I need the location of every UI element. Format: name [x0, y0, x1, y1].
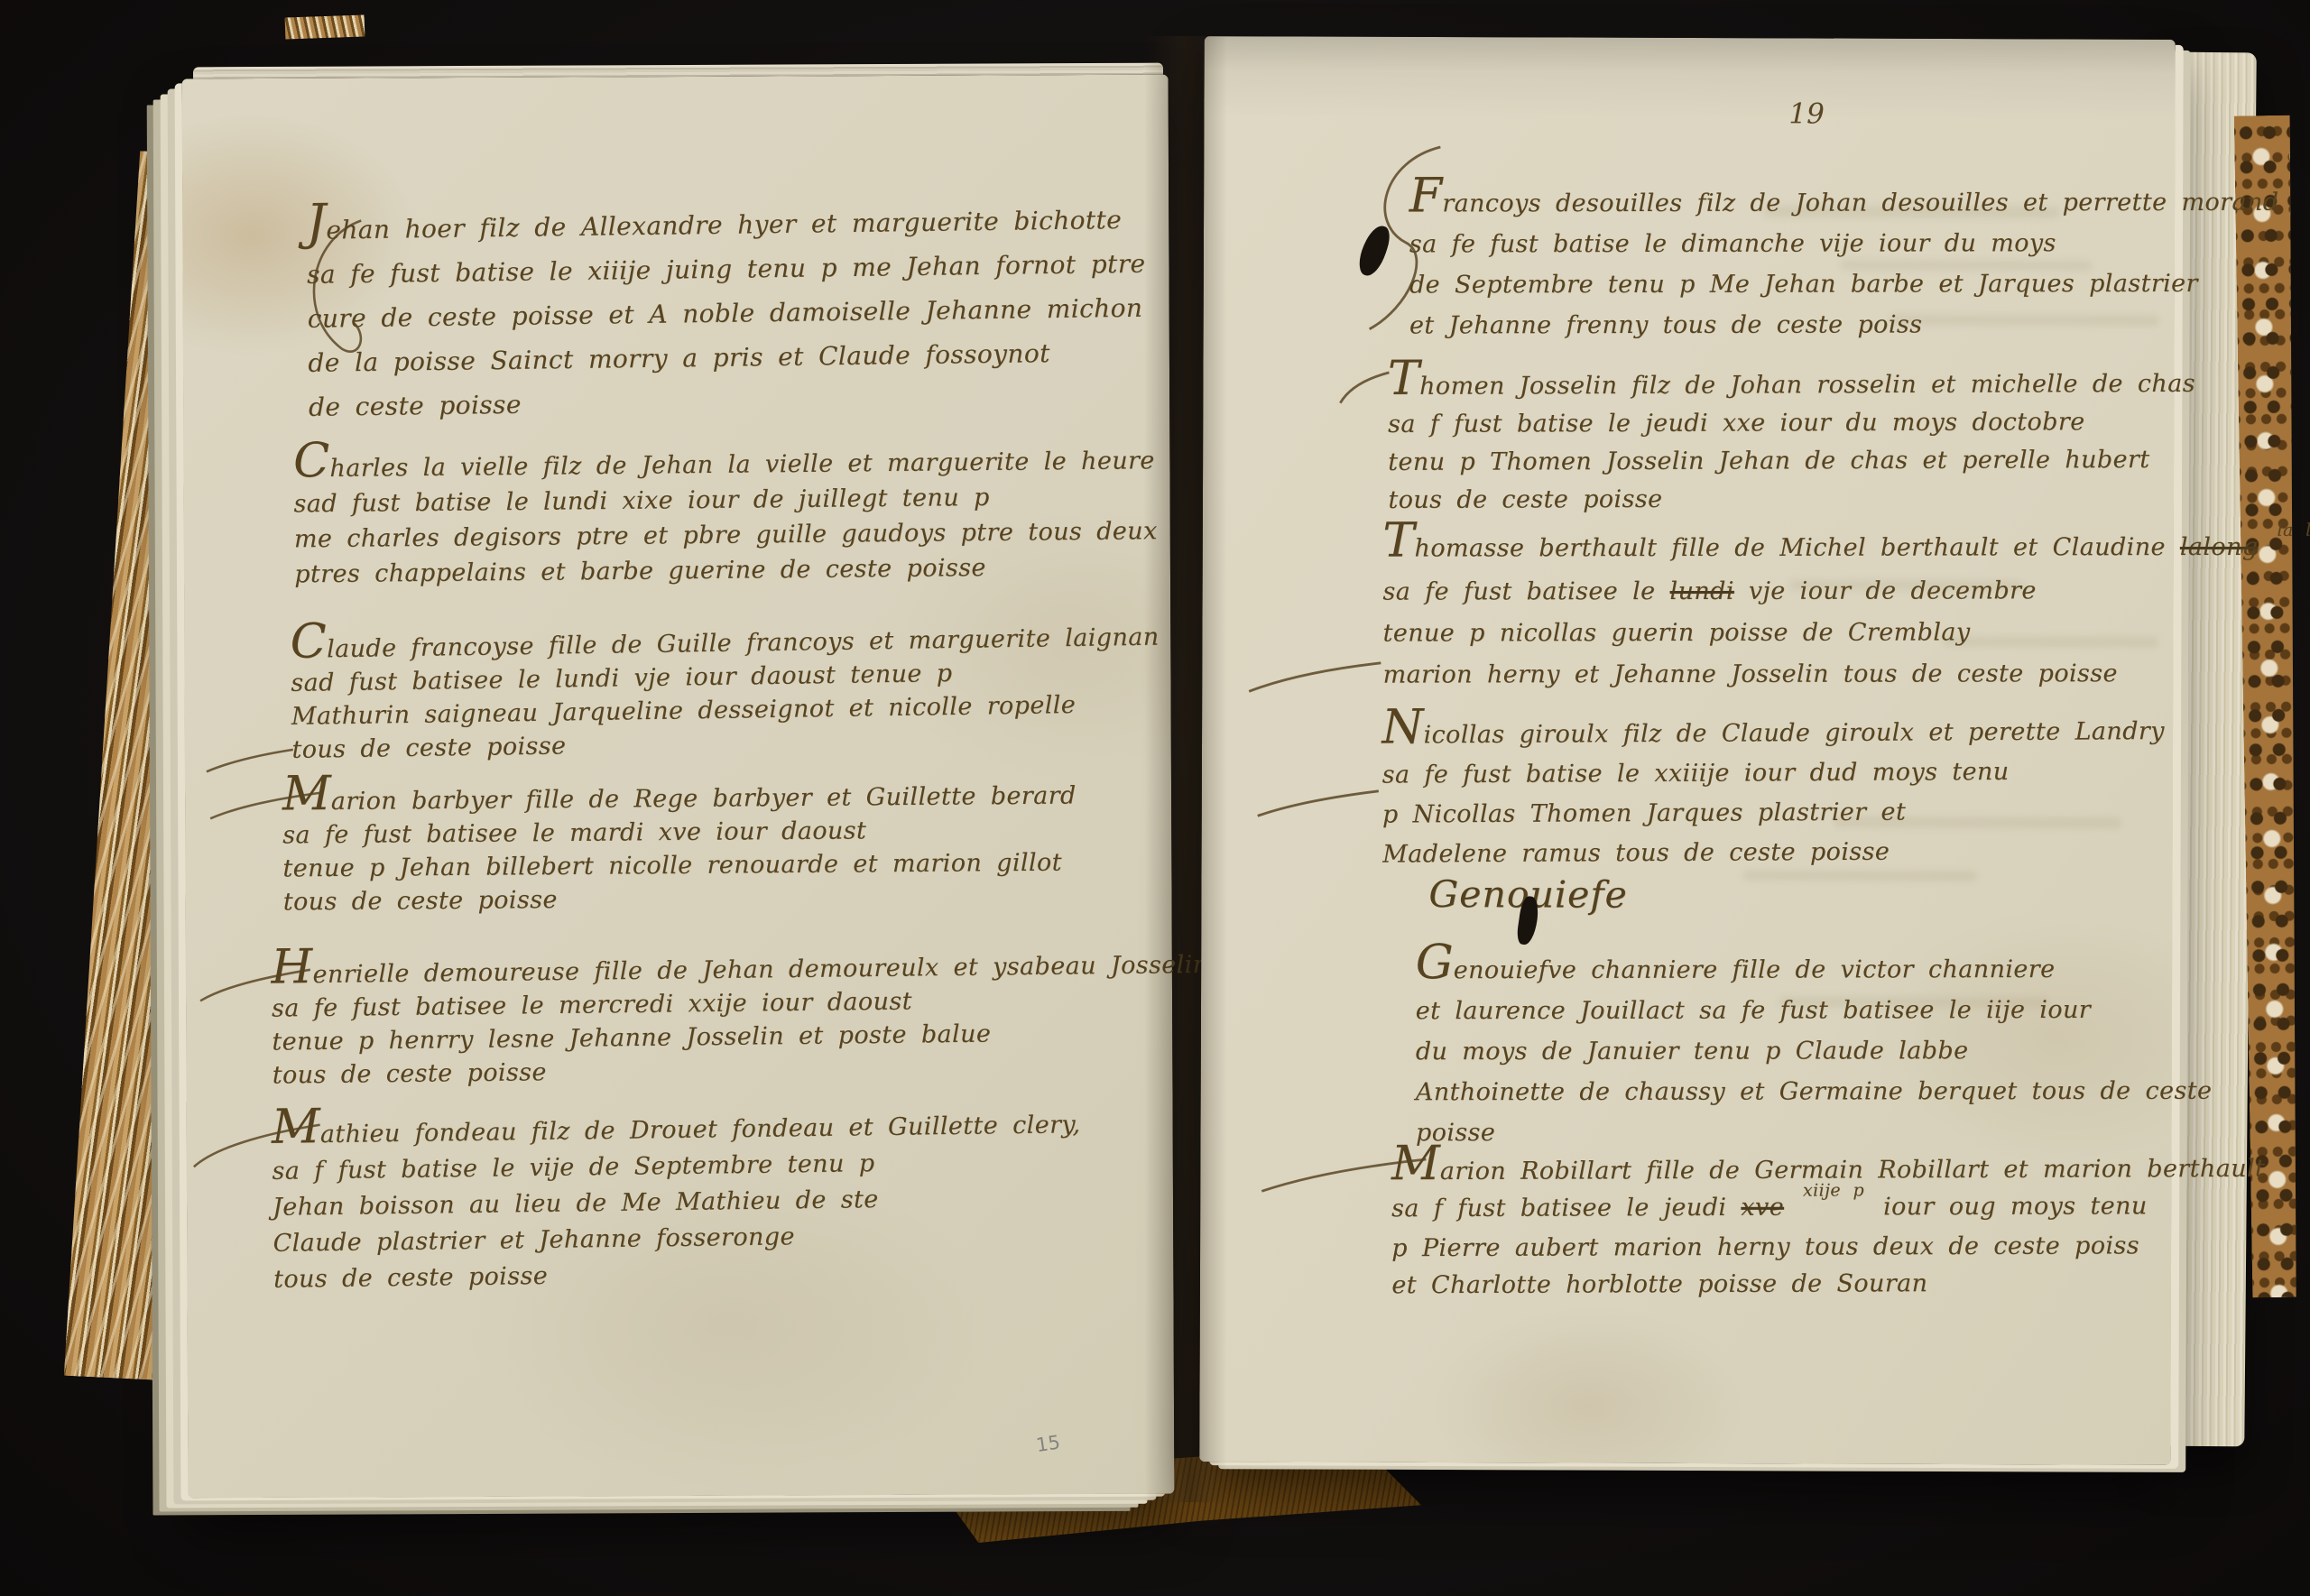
photographed-manuscript-spread: Jehan hoer filz de Allexandre hyer et ma… — [0, 0, 2310, 1596]
baptism-entry: Henrielle demoureuse fille de Jehan demo… — [271, 945, 1210, 1093]
baptism-entry: Thomen Josselin filz de Johan rosselin e… — [1388, 364, 2196, 520]
struck-word: lalong — [2180, 533, 2259, 561]
baptism-entry: Genouiefve channiere fille de victor cha… — [1416, 949, 2213, 1154]
entry-line: sa f fust batise le jeudi xxe iour du mo… — [1388, 403, 2195, 444]
interlinear-insertion: la luy — [2277, 521, 2310, 540]
entry-line: Anthoinette de chaussy et Germaine berqu… — [1416, 1071, 2212, 1113]
entry-line: p Pierre aubert marion herny tous deux d… — [1391, 1227, 2265, 1267]
entry-line: et laurence Jouillact sa fe fust batisee… — [1416, 990, 2212, 1032]
baptism-entry: Mathieu fondeau filz de Drouet fondeau e… — [272, 1104, 1083, 1298]
baptism-entry: Marion barbyer fille de Rege barbyer et … — [282, 776, 1077, 919]
marbled-board-corner — [285, 14, 365, 39]
entry-line: du moys de Januier tenu p Claude labbe — [1416, 1030, 2212, 1073]
entry-line: Genouiefve channiere fille de victor cha… — [1416, 949, 2212, 992]
bleed-through — [1205, 36, 2176, 40]
entry-line: tous de ceste poisse — [283, 880, 1077, 919]
interlinear-insertion: xiije p — [1803, 1180, 1864, 1200]
baptism-entry: Thomasse berthault fille de Michel berth… — [1382, 527, 2310, 697]
ink-blot — [1355, 222, 1394, 279]
entry-line: tenue p nicollas guerin poisse de Crembl… — [1383, 612, 2310, 655]
entry-line: ptres chappelains et barbe guerine de ce… — [294, 549, 1158, 592]
right-page: 19 Francoys desouilles filz de Johan des… — [1199, 36, 2176, 1465]
baptism-entry: Claude francoyse fille de Guille francoy… — [290, 617, 1160, 767]
entry-text: sa f fust batisee le jeudi — [1391, 1194, 1726, 1222]
entry-line: sa fe fust batise le xxiiije iour dud mo… — [1382, 752, 2166, 796]
entry-line: Francoys desouilles filz de Johan desoui… — [1409, 182, 2279, 225]
baptism-entry: Jehan hoer filz de Allexandre hyer et ma… — [306, 198, 1148, 429]
entry-line: et Charlotte horblotte poisse de Souran — [1391, 1264, 2265, 1304]
entry-line: tenu p Thomen Josselin Jehan de chas et … — [1388, 441, 2195, 482]
entry-line: Marion barbyer fille de Rege barbyer et … — [282, 776, 1076, 819]
entry-line: sa fe fust batise le dimanche vije iour … — [1409, 223, 2279, 265]
page-number: 19 — [1788, 97, 1825, 130]
entry-line: sa f fust batisee le jeudi xve xiije p i… — [1391, 1187, 2265, 1230]
entry-line: Thomasse berthault fille de Michel berth… — [1382, 527, 2310, 572]
entry-line: Nicollas giroulx filz de Claude giroulx … — [1381, 711, 2165, 756]
entry-line: de Septembre tenu p Me Jehan barbe et Ja… — [1409, 263, 2279, 306]
baptism-entry: Charles la vielle filz de Jehan la viell… — [293, 440, 1158, 592]
left-page: Jehan hoer filz de Allexandre hyer et ma… — [182, 75, 1175, 1499]
entry-line: poisse — [1416, 1112, 2212, 1154]
baptism-entry: Francoys desouilles filz de Johan desoui… — [1409, 182, 2279, 346]
entry-text: iour oug moys tenu — [1883, 1192, 2148, 1221]
struck-word: xve — [1741, 1194, 1784, 1222]
pencil-folio-number: 15 — [1035, 1431, 1062, 1456]
entry-line: Thomen Josselin filz de Johan rosselin e… — [1388, 364, 2195, 406]
entry-line: tous de ceste poisse — [1388, 479, 2195, 520]
entry-line: et Jehanne frenny tous de ceste poiss — [1409, 304, 2279, 346]
struck-word: lundi — [1670, 577, 1734, 605]
entry-line: marion herny et Jehanne Josselin tous de… — [1383, 653, 2310, 697]
entry-text: sa fe fust batisee le — [1382, 577, 1655, 606]
entry-line: p Nicollas Thomen Jarques plastrier et — [1382, 791, 2166, 835]
entry-line: Madelene ramus tous de ceste poisse — [1382, 831, 2166, 875]
baptism-entry: Nicollas giroulx filz de Claude giroulx … — [1381, 711, 2165, 875]
baptism-entry: Marion Robillart fille de Germain Robill… — [1391, 1149, 2266, 1304]
entry-line: tenue p Jehan billebert nicolle renouard… — [282, 846, 1076, 886]
entry-text: vje iour de decembre — [1749, 577, 2037, 605]
gutter-shadow — [1144, 36, 1227, 1502]
entry-line: sa fe fust batisee le lundi vje iour de … — [1382, 570, 2310, 613]
entry-text: Thomasse berthault fille de Michel berth… — [1382, 533, 2166, 563]
